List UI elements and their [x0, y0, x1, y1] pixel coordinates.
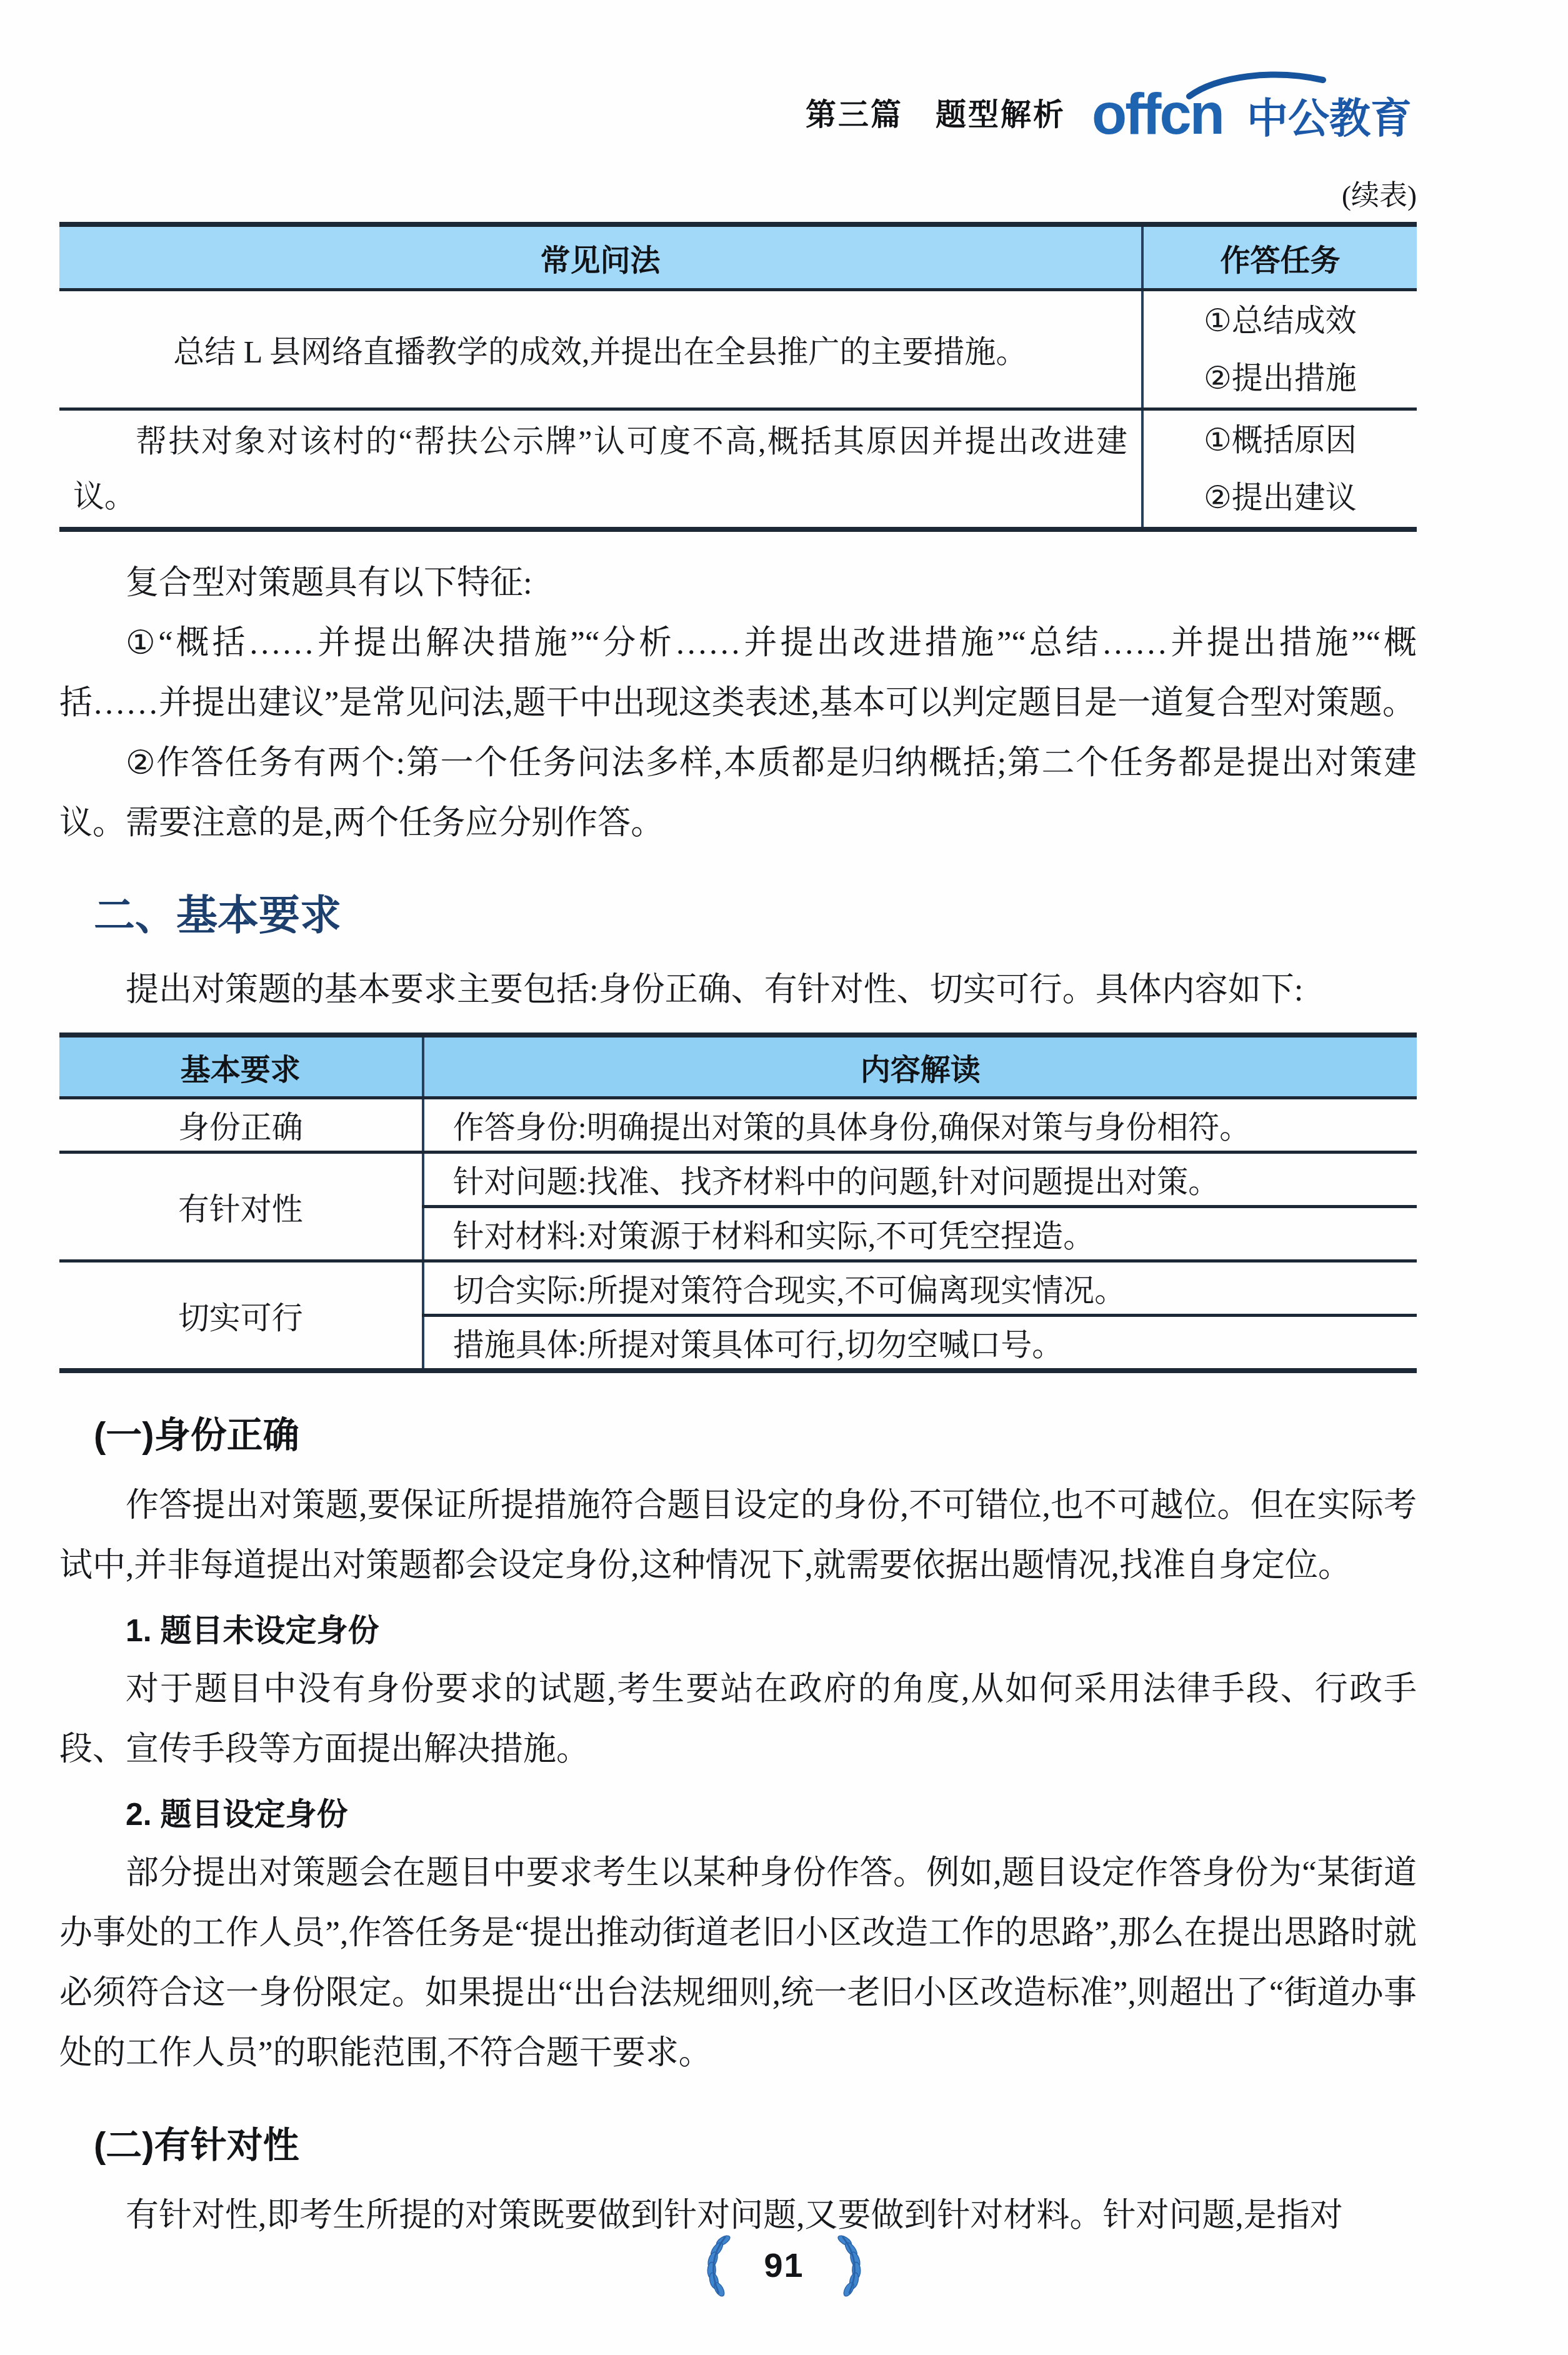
task-line: ①总结成效 [1144, 292, 1416, 349]
numbered-heading-no-identity: 1. 题目未设定身份 [126, 1606, 1417, 1651]
table-row: 有针对性 针对问题:找准、找齐材料中的问题,针对问题提出对策。 [59, 1152, 1417, 1207]
requirement-cell: 切实可行 [59, 1261, 423, 1371]
logo-latin-text: offcn [1092, 82, 1223, 146]
table-row: 帮扶对象对该村的“帮扶公示牌”认可度不高,概括其原因并提出改进建议。 ①概括原因… [59, 409, 1417, 530]
offcn-logo-icon: offcn 中公教育 [1092, 71, 1417, 154]
paragraph: ②作答任务有两个:第一个任务问法多样,本质都是归纳概括;第二个任务都是提出对策建… [59, 733, 1417, 853]
detail-cell: 措施具体:所提对策具体可行,切勿空喊口号。 [423, 1316, 1417, 1371]
page-content: 第三篇 题型解析 offcn 中公教育 (续表) 常见问法 作答任务 总结 L … [59, 0, 1417, 2246]
basic-requirements-table: 基本要求 内容解读 身份正确 作答身份:明确提出对策的具体身份,确保对策与身份相… [59, 1032, 1417, 1373]
detail-cell: 切合实际:所提对策符合现实,不可偏离现实情况。 [423, 1261, 1417, 1316]
page-header: 第三篇 题型解析 offcn 中公教育 [59, 69, 1417, 156]
requirement-cell: 有针对性 [59, 1152, 423, 1261]
subsection-heading-identity: (一)身份正确 [94, 1406, 1417, 1458]
task-cell: ①概括原因 ②提出建议 [1142, 409, 1417, 530]
table-row: 总结 L 县网络直播教学的成效,并提出在全县推广的主要措施。 ①总结成效 ②提出… [59, 290, 1417, 409]
paragraph: 作答提出对策题,要保证所提措施符合题目设定的身份,不可错位,也不可越位。但在实际… [59, 1476, 1417, 1596]
detail-cell: 针对材料:对策源于材料和实际,不可凭空捏造。 [423, 1207, 1417, 1261]
paragraph: 部分提出对策题会在题目中要求考生以某种身份作答。例如,题目设定作答身份为“某街道… [59, 1843, 1417, 2083]
question-text: 帮扶对象对该村的“帮扶公示牌”认可度不高,概括其原因并提出改进建议。 [73, 414, 1127, 524]
table-row: 切实可行 切合实际:所提对策符合现实,不可偏离现实情况。 [59, 1261, 1417, 1316]
task-line: ②提出措施 [1144, 349, 1416, 407]
laurel-right-icon [833, 2234, 868, 2297]
detail-cell: 作答身份:明确提出对策的具体身份,确保对策与身份相符。 [423, 1098, 1417, 1152]
column-header-question: 常见问法 [59, 224, 1142, 290]
book-page: { "header": { "section_label": "第三篇 题型解析… [0, 0, 1568, 2355]
continued-table-note: (续表) [59, 172, 1417, 213]
task-line: ②提出建议 [1144, 469, 1416, 526]
requirement-cell: 身份正确 [59, 1098, 423, 1152]
column-header-detail: 内容解读 [423, 1035, 1417, 1098]
paragraph: 对于题目中没有身份要求的试题,考生要站在政府的角度,从如何采用法律手段、行政手段… [59, 1659, 1417, 1779]
table-header-row: 基本要求 内容解读 [59, 1035, 1417, 1098]
paragraph: 复合型对策题具有以下特征: [59, 553, 1417, 613]
question-cell: 帮扶对象对该村的“帮扶公示牌”认可度不高,概括其原因并提出改进建议。 [59, 409, 1142, 530]
section-heading-basic-requirements: 二、基本要求 [94, 882, 1417, 941]
page-number: 91 [764, 2246, 804, 2285]
task-line: ①概括原因 [1144, 411, 1416, 469]
subsection-heading-targeted: (二)有针对性 [94, 2116, 1417, 2168]
features-section: 复合型对策题具有以下特征: ①“概括……并提出解决措施”“分析……并提出改进措施… [59, 553, 1417, 853]
task-cell: ①总结成效 ②提出措施 [1142, 290, 1417, 409]
column-header-task: 作答任务 [1142, 224, 1417, 290]
detail-cell: 针对问题:找准、找齐材料中的问题,针对问题提出对策。 [423, 1152, 1417, 1207]
paragraph: ①“概括……并提出解决措施”“分析……并提出改进措施”“总结……并提出措施”“概… [59, 613, 1417, 733]
column-header-requirement: 基本要求 [59, 1035, 423, 1098]
laurel-left-icon [700, 2234, 735, 2297]
table-header-row: 常见问法 作答任务 [59, 224, 1417, 290]
paragraph: 提出对策题的基本要求主要包括:身份正确、有针对性、切实可行。具体内容如下: [59, 960, 1417, 1020]
table-row: 身份正确 作答身份:明确提出对策的具体身份,确保对策与身份相符。 [59, 1098, 1417, 1152]
numbered-heading-set-identity: 2. 题目设定身份 [126, 1789, 1417, 1834]
page-footer: 91 [0, 2234, 1568, 2297]
section-title: 第三篇 题型解析 [806, 91, 1066, 134]
logo-cn-text: 中公教育 [1247, 95, 1412, 141]
question-cell: 总结 L 县网络直播教学的成效,并提出在全县推广的主要措施。 [59, 290, 1142, 409]
question-patterns-table: 常见问法 作答任务 总结 L 县网络直播教学的成效,并提出在全县推广的主要措施。… [59, 222, 1417, 532]
